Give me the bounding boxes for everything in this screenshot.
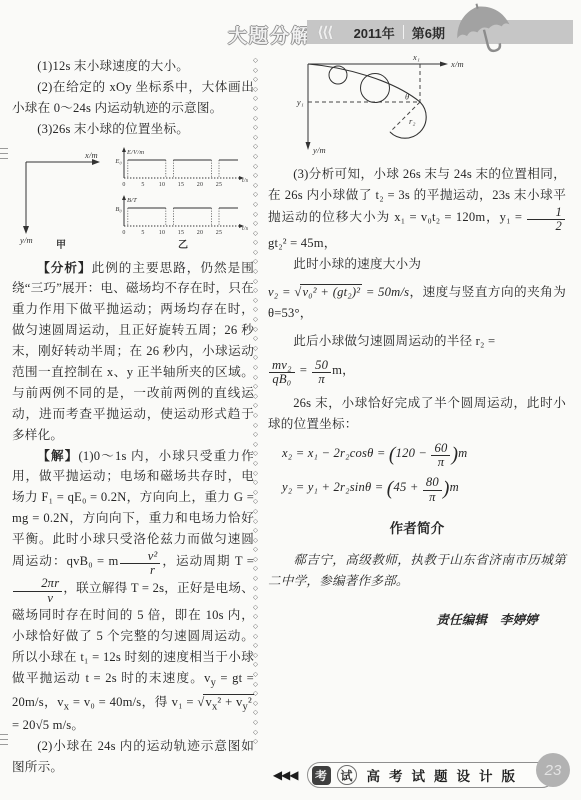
footer-edition-title: 高考试题设计版 <box>367 765 525 785</box>
footer-banner: 考 试 高考试题设计版 23 <box>307 762 556 788</box>
svg-text:20: 20 <box>197 230 203 236</box>
left-paren: ( <box>389 444 396 465</box>
svg-text:10: 10 <box>159 230 165 236</box>
fraction-one-half: 12 <box>526 206 566 233</box>
page-footer: ◀◀◀ 考 试 高考试题设计版 23 <box>273 762 555 788</box>
radicand-v2: v₀² + (gt₂)² <box>300 284 362 299</box>
svg-text:y/m: y/m <box>312 145 326 155</box>
magazine-page: { "header": { "title": "大题分解", "chevrons… <box>0 0 581 800</box>
half-circle-line: 26s 末，小球恰好完成了半个圆周运动，此时小球的位置坐标： <box>268 393 566 435</box>
x2-inner: 120 − <box>396 446 431 460</box>
solution-label: 【解】 <box>37 449 78 463</box>
badge-shi: 试 <box>337 765 357 785</box>
fraction-60-over-pi: 60π <box>430 442 451 469</box>
part3-text-b: gt₂² = 45m， <box>268 236 337 250</box>
chevrons-footer-icon: ◀◀◀ <box>273 768 298 783</box>
formula-x2: x₂ = x₁ − 2r₂cosθ = (120 − 60π)m <box>282 442 566 469</box>
solution-text-e: = v₀ = 40m/s，得 v₁ = <box>69 695 197 709</box>
y2-unit: m <box>450 480 459 494</box>
formula-radius: mv₂qB₀ = 50πm， <box>268 359 566 386</box>
question-2: (2)在给定的 xOy 坐标系中，大体画出小球在 0～24s 内运动轨迹的示意图… <box>12 77 254 119</box>
svg-text:x₁: x₁ <box>412 52 420 62</box>
equals-sign: = <box>296 362 311 376</box>
page-number: 23 <box>536 753 570 787</box>
magazine-title: 大题分解 <box>228 21 312 48</box>
header-band: ⟨⟨⟨ 2011年 第6期 <box>307 20 573 44</box>
svg-text:5: 5 <box>141 230 144 236</box>
fraction-2pir-over-v: 2πrv <box>12 577 63 604</box>
svg-text:甲: 甲 <box>56 239 66 250</box>
svg-text:5: 5 <box>141 182 144 188</box>
solution-part2: (2)小球在 24s 内的运动轨迹示意图如图所示。 <box>12 736 254 778</box>
formula-y2: y₂ = y₁ + 2r₂sinθ = (45 + 80π)m <box>282 476 566 503</box>
v2-equals: = 50m/s <box>362 285 409 299</box>
solution-text-b: ，运动周期 T = <box>161 554 254 568</box>
part3-paragraph: (3)分析可知，小球 26s 末与 24s 末的位置相同，在 26s 内小球做了… <box>268 164 566 254</box>
speed-intro-line: 此时小球的速度大小为 <box>268 254 566 275</box>
fraction-80-over-pi: 80π <box>422 476 443 503</box>
question-1: (1)12s 末小球速度的大小。 <box>12 56 254 77</box>
svg-text:y₁: y₁ <box>296 97 304 107</box>
solution-text-g: = 20√5 m/s。 <box>12 718 84 732</box>
svg-text:B₀: B₀ <box>115 206 122 213</box>
svg-text:E₀: E₀ <box>114 158 122 165</box>
x2-lead: x₂ = x₁ − 2r₂cosθ = <box>282 446 389 460</box>
figure-trajectory: x/m y/m x₁ y₁ θ r₂ <box>290 50 540 158</box>
svg-text:t/s: t/s <box>242 178 249 184</box>
editor-credit: 责任编辑 李婷婷 <box>268 610 538 631</box>
svg-text:θ: θ <box>405 92 409 102</box>
radicand-v1: vx² + vy² <box>203 694 254 709</box>
analysis-text: 此例的主要思路，仍然是围绕“三巧”展开：电、磁场均不存在时，只在重力作用下做平抛… <box>12 261 254 442</box>
fraction-mv2-over-qB0: mv₂qB₀ <box>268 359 296 386</box>
fold-mark-top <box>0 148 8 163</box>
badge-kao: 考 <box>312 766 331 785</box>
svg-text:x/m: x/m <box>84 150 98 160</box>
svg-text:乙: 乙 <box>178 239 188 250</box>
unit-m: m， <box>332 362 355 376</box>
svg-text:E/V/m: E/V/m <box>126 149 144 156</box>
right-column: x/m y/m x₁ y₁ θ r₂ (3)分析可知，小球 26s 末与 24s… <box>268 50 566 631</box>
radius-intro-line: 此后小球做匀速圆周运动的半径 r₂ = <box>268 331 566 352</box>
svg-text:r₂: r₂ <box>409 116 416 126</box>
figure-jia-axes: x/m y/m 甲 <box>12 150 108 250</box>
x2-unit: m <box>458 446 467 460</box>
svg-text:B/T: B/T <box>127 197 137 204</box>
svg-text:x/m: x/m <box>450 59 464 69</box>
svg-text:10: 10 <box>159 182 165 188</box>
svg-text:15: 15 <box>178 230 184 236</box>
y2-lead: y₂ = y₁ + 2r₂sinθ = <box>282 480 387 494</box>
part3-text-a: (3)分析可知，小球 26s 末与 24s 末的位置相同，在 26s 内小球做了… <box>268 167 566 224</box>
svg-text:15: 15 <box>178 182 184 188</box>
question-3: (3)26s 末小球的位置坐标。 <box>12 119 254 140</box>
figure-axes-and-waveforms: x/m y/m 甲 E/V/m E₀ 05 101 <box>12 146 254 250</box>
solution-paragraph: 【解】(1)0～1s 内，小球只受重力作用，做平抛运动；电场和磁场共存时，电场力… <box>12 446 254 737</box>
svg-text:0: 0 <box>122 230 125 236</box>
v2-lead: v₂ = <box>268 285 294 299</box>
figure-yi-waveforms: E/V/m E₀ 05 1015 2025 t/s B/T B₀ <box>112 146 252 250</box>
left-column: (1)12s 末小球速度的大小。 (2)在给定的 xOy 坐标系中，大体画出小球… <box>12 56 254 778</box>
analysis-paragraph: 【分析】此例的主要思路，仍然是围绕“三巧”展开：电、磁场均不存在时，只在重力作用… <box>12 258 254 446</box>
svg-text:0: 0 <box>122 182 125 188</box>
header-separator <box>403 25 404 39</box>
header-year: 2011年 <box>354 23 395 42</box>
y2-inner: 45 + <box>393 480 421 494</box>
fold-mark-bottom <box>0 734 8 749</box>
chevrons-left-icon: ⟨⟨⟨ <box>317 23 332 41</box>
analysis-label: 【分析】 <box>37 261 91 275</box>
right-paren: ) <box>443 479 450 500</box>
svg-text:t/s: t/s <box>242 226 249 232</box>
fraction-50-over-pi: 50π <box>311 359 332 386</box>
svg-text:25: 25 <box>216 182 222 188</box>
author-bio: 郗吉宁，高级教师，执教于山东省济南市历城第二中学，参编著作多部。 <box>268 550 566 592</box>
author-section-heading: 作者简介 <box>268 518 566 540</box>
svg-text:25: 25 <box>216 230 222 236</box>
header-issue: 第6期 <box>412 23 445 42</box>
svg-text:y/m: y/m <box>19 235 33 245</box>
fraction-v2-over-r: v²r <box>119 550 162 577</box>
svg-text:20: 20 <box>197 182 203 188</box>
formula-v2: v₂ = √v₀² + (gt₂)² = 50m/s，速度与竖直方向的夹角为 θ… <box>268 282 566 324</box>
